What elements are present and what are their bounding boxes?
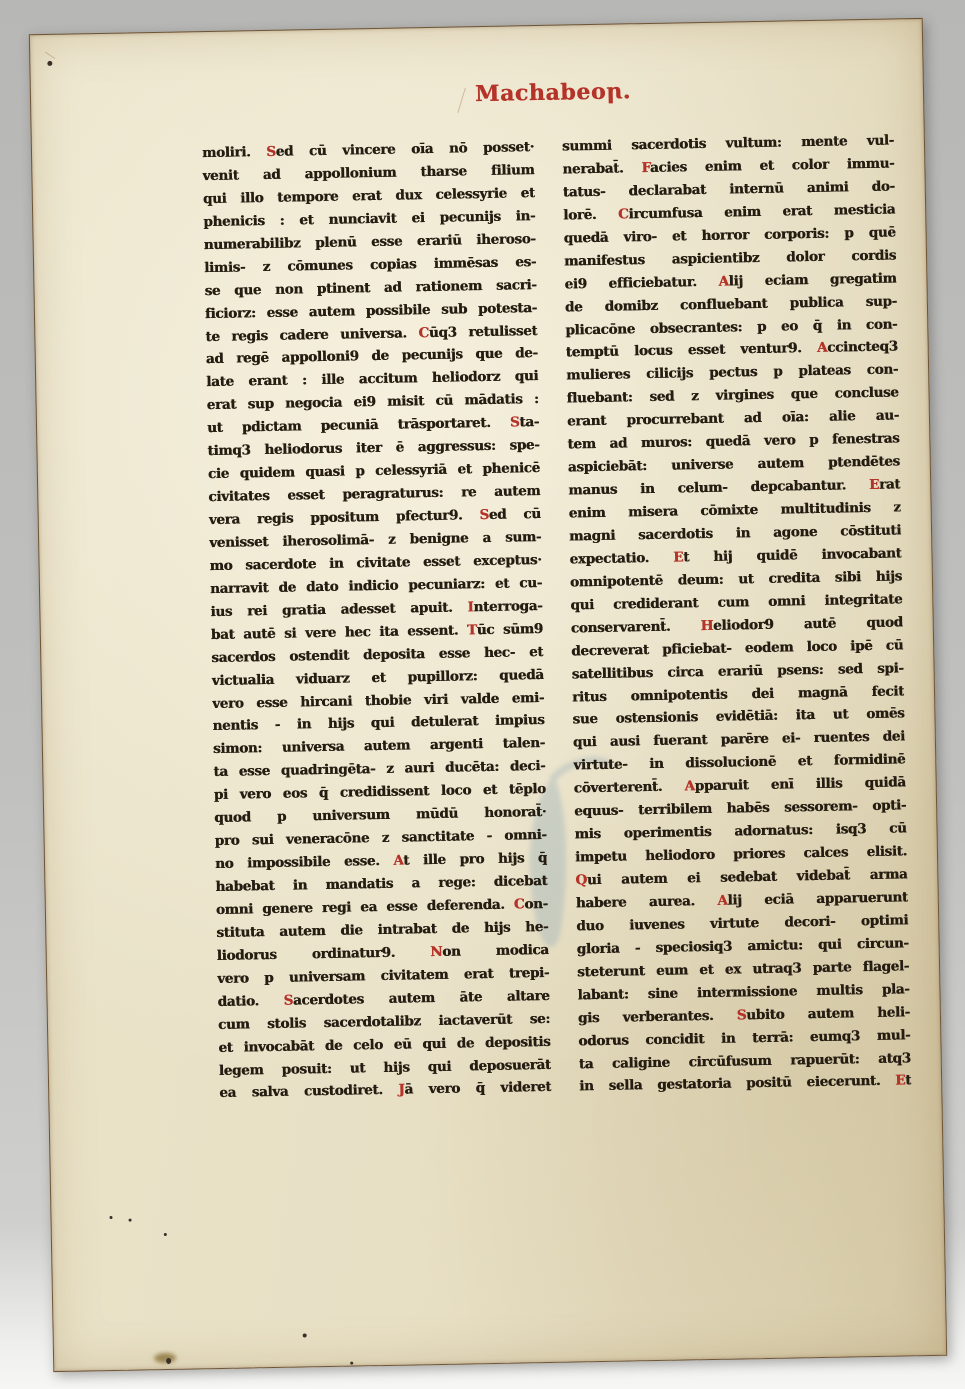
- text-block: moliri. Sed cū vincere oīa nō posset·ven…: [202, 129, 912, 1105]
- rubricated-initial: E: [869, 477, 879, 493]
- running-title: Machabeoꞃ.: [31, 73, 923, 115]
- rubricated-initial: A: [393, 853, 403, 869]
- foxing-spot: [129, 1219, 132, 1222]
- rubricated-initial: A: [718, 273, 728, 289]
- foxing-spot: [164, 1233, 167, 1236]
- foxing-spot: [350, 1362, 353, 1365]
- wormhole-spot: [47, 61, 52, 66]
- rubricated-initial: Q: [575, 872, 587, 888]
- foxing-spot: [166, 1358, 171, 1364]
- rubricated-initial: C: [418, 325, 429, 341]
- text-line: in sella gestatoria positū eiecerunt. Et: [579, 1070, 911, 1099]
- rubricated-initial: C: [618, 206, 629, 222]
- rubricated-initial: N: [430, 944, 442, 960]
- rubricated-initial: A: [717, 893, 727, 909]
- rubricated-initial: E: [895, 1073, 905, 1089]
- rubricated-initial: A: [684, 778, 694, 794]
- manuscript-page: Machabeoꞃ. moliri. Sed cū vincere oīa nō…: [29, 18, 947, 1372]
- text-column-right: summi sacerdotis vultum: mente vul-nerab…: [562, 129, 912, 1098]
- scratch-mark: [45, 52, 56, 60]
- foxing-spot: [109, 1216, 112, 1219]
- text-column-left: moliri. Sed cū vincere oīa nō posset·ven…: [202, 136, 552, 1105]
- rubricated-initial: T: [467, 622, 477, 638]
- text-line: ea salva custodiret. Jā vero q̄ videret: [219, 1076, 551, 1105]
- photo-background: Machabeoꞃ. moliri. Sed cū vincere oīa nō…: [0, 0, 965, 1389]
- rubricated-initial: E: [673, 549, 683, 565]
- ink-stain: [154, 1353, 176, 1363]
- rubricated-initial: S: [479, 507, 489, 523]
- rubricated-initial: H: [700, 618, 713, 634]
- foxing-spot: [303, 1333, 307, 1337]
- rubricated-initial: S: [266, 144, 276, 160]
- rubricated-initial: F: [641, 160, 650, 176]
- rubricated-initial: S: [737, 1007, 747, 1023]
